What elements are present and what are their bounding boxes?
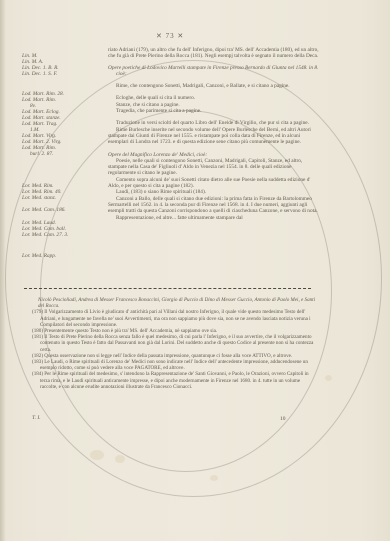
marginal-siglum: burl. 2. 87. (30, 151, 53, 157)
footnote-separator (24, 288, 311, 289)
paragraph-testi-livio: riato Adriani (179), un altro che fu del… (108, 47, 320, 60)
marginal-siglum: Lor. Med. Cam. 27. 3. (22, 232, 68, 238)
marginal-siglum: Lod. Mart. Trag. (22, 121, 57, 127)
entry-rime: Rime, che contengono Sonetti, Madrigali,… (108, 83, 320, 89)
entry-comento: Comento sopra alcuni de' suoi Sonetti ci… (108, 177, 320, 190)
entry-rappresentazione: Rappresentazione, ed altre... fatte ulti… (108, 215, 320, 221)
signature-mark: T. I. (32, 415, 41, 421)
marginal-siglum: Lor. Med. Rapp. (22, 253, 56, 259)
entry-traduzione: Traduzione in versi sciolti del quarto L… (108, 120, 320, 126)
entry-canzoni: Canzoni a Ballo, delle quali si citano d… (108, 196, 320, 215)
entry-poesie: Poesie, nelle quali si contengono Sonett… (108, 158, 320, 177)
marginal-siglum: Lod. Mart. Rim. (22, 97, 56, 103)
marginal-siglum: Lor. Med. stanz. (22, 195, 56, 201)
page-number: ✕ 73 ✕ (156, 32, 184, 40)
footnote-181: (181) Il Testo di Prete Pierino della Ro… (26, 334, 318, 353)
footnote-183: (183) Le Laudi, o Rime spirituali di Lor… (26, 359, 318, 371)
entry-rime-burlesche: Rime Burlesche inserite nel secondo volu… (108, 127, 320, 146)
footnote-179: (179) Il Volgarizzamento di Livio è giud… (26, 309, 318, 328)
footnote-184: (184) Per le Rime spirituali del medesim… (26, 371, 318, 390)
footnotes: Nicolò Pescioliadi, Andrea di Messer Fra… (26, 297, 318, 390)
gathering-number: 10 (280, 416, 286, 422)
marginal-siglum: Lor. Med. Cam. 186. (22, 207, 66, 213)
footnote-continuation: Nicolò Pescioliadi, Andrea di Messer Fra… (26, 297, 318, 309)
main-text: riato Adriani (179), un altro che fu del… (108, 47, 320, 221)
marginal-siglum: Lin. Dec. 1. S. F. (22, 71, 57, 77)
entry-tragedia: Tragedia, che parimente si cita a pagine… (108, 108, 320, 114)
heading-martelli: Opere poetiche di Lodovico Martelli stam… (108, 65, 320, 78)
